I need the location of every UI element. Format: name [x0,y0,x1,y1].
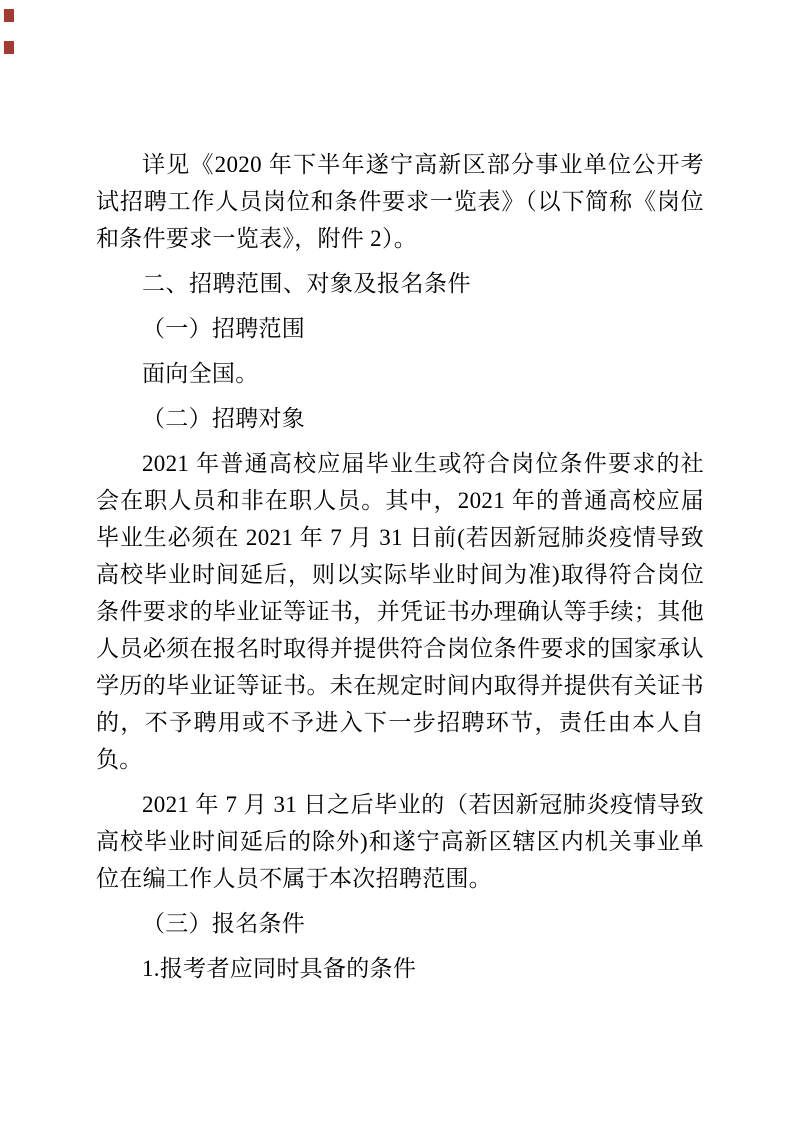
subsection-1-heading: （一）招聘范围 [96,310,704,347]
red-marker-top-icon [4,9,14,22]
subsection-3-item: 1.报考者应同时具备的条件 [96,950,704,987]
section-heading: 二、招聘范围、对象及报名条件 [96,265,704,302]
subsection-3-heading: （三）报名条件 [96,905,704,942]
document-content: 详见《2020 年下半年遂宁高新区部分事业单位公开考试招聘工作人员岗位和条件要求… [96,146,704,995]
document-page: 详见《2020 年下半年遂宁高新区部分事业单位公开考试招聘工作人员岗位和条件要求… [0,0,793,1122]
subsection-2-heading: （二）招聘对象 [96,400,704,437]
subsection-2-paragraph-1: 2021 年普通高校应届毕业生或符合岗位条件要求的社会在职人员和非在职人员。其中… [96,445,704,778]
subsection-2-paragraph-2: 2021 年 7 月 31 日之后毕业的（若因新冠肺炎疫情导致高校毕业时间延后的… [96,786,704,897]
red-marker-bottom-icon [4,41,14,54]
subsection-1-body: 面向全国。 [96,355,704,392]
paragraph-intro: 详见《2020 年下半年遂宁高新区部分事业单位公开考试招聘工作人员岗位和条件要求… [96,146,704,257]
